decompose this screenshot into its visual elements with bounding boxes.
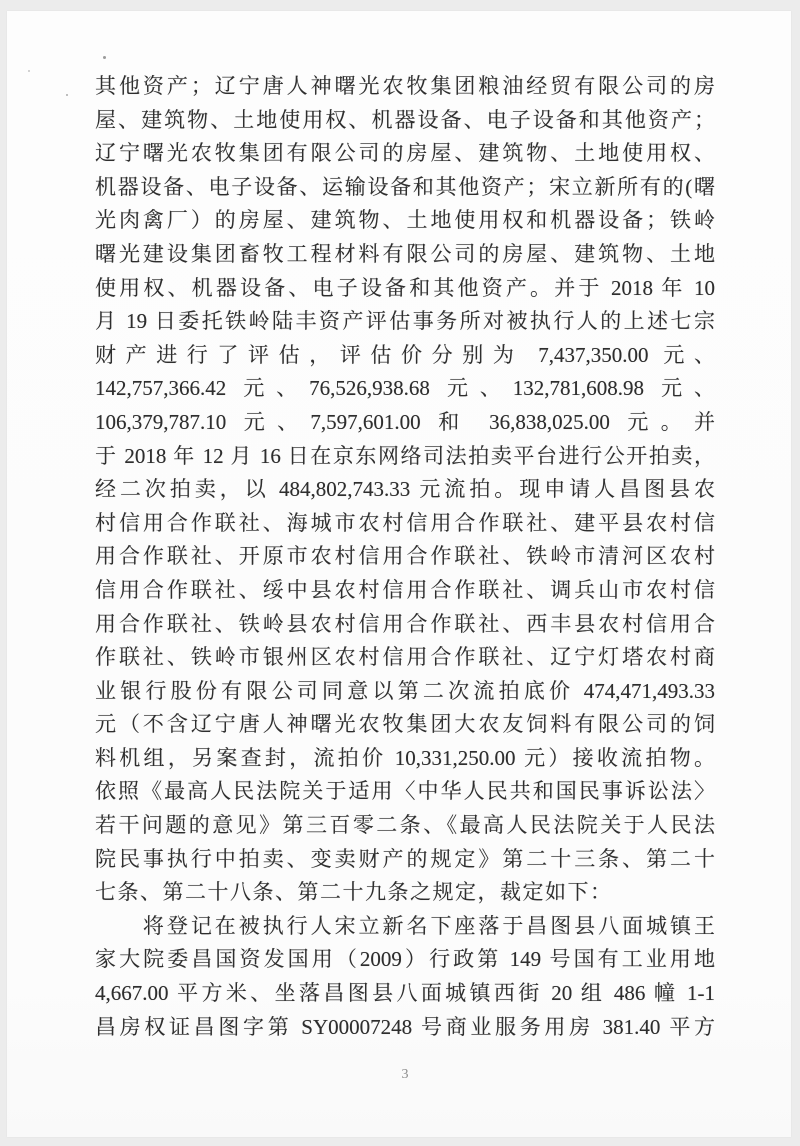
document-line: 曙光建设集团畜牧工程材料有限公司的房屋、建筑物、土地 <box>95 238 715 272</box>
document-line: 使用权、机器设备、电子设备和其他资产。并于 2018 年 10 <box>95 272 715 306</box>
document-line: 若干问题的意见》第三百零二条、《最高人民法院关于人民法 <box>95 809 715 843</box>
document-line: 作联社、铁岭市银州区农村信用合作联社、辽宁灯塔农村商 <box>95 641 715 675</box>
document-line: 142,757,366.42 元、76,526,938.68 元、132,781… <box>95 372 715 406</box>
document-line: 将登记在被执行人宋立新名下座落于昌图县八面城镇王 <box>95 910 715 944</box>
document-line: 4,667.00 平方米、坐落昌图县八面城镇西街 20 组 486 幢 1-1 <box>95 977 715 1011</box>
document-line: 屋、建筑物、土地使用权、机器设备、电子设备和其他资产； <box>95 104 715 138</box>
document-text-block: 其他资产；辽宁唐人神曙光农牧集团粮油经贸有限公司的房 屋、建筑物、土地使用权、机… <box>95 70 715 1044</box>
document-line: 光肉禽厂）的房屋、建筑物、土地使用权和机器设备；铁岭 <box>95 204 715 238</box>
scan-speckle <box>66 94 68 96</box>
page-number: 3 <box>95 1067 715 1083</box>
document-line: 七条、第二十八条、第二十九条之规定，裁定如下： <box>95 876 715 910</box>
document-line: 元（不含辽宁唐人神曙光农牧集团大农友饲料有限公司的饲 <box>95 708 715 742</box>
document-line: 业银行股份有限公司同意以第二次流拍底价 474,471,493.33 <box>95 675 715 709</box>
document-line: 辽宁曙光农牧集团有限公司的房屋、建筑物、土地使用权、 <box>95 137 715 171</box>
document-line: 机器设备、电子设备、运输设备和其他资产；宋立新所有的(曙 <box>95 171 715 205</box>
document-line: 经二次拍卖，以 484,802,743.33 元流拍。现申请人昌图县农 <box>95 473 715 507</box>
document-line: 家大院委昌国资发国用（2009）行政第 149 号国有工业用地 <box>95 943 715 977</box>
document-line: 信用合作联社、绥中县农村信用合作联社、调兵山市农村信 <box>95 574 715 608</box>
document-line: 院民事执行中拍卖、变卖财产的规定》第二十三条、第二十 <box>95 843 715 877</box>
document-line: 料机组，另案查封，流拍价 10,331,250.00 元）接收流拍物。 <box>95 742 715 776</box>
document-line: 村信用合作联社、海城市农村信用合作联社、建平县农村信 <box>95 507 715 541</box>
document-page: 其他资产；辽宁唐人神曙光农牧集团粮油经贸有限公司的房 屋、建筑物、土地使用权、机… <box>7 11 791 1137</box>
scan-speckle <box>28 70 30 72</box>
document-line: 106,379,787.10 元、7,597,601.00 和 36,838,0… <box>95 406 715 440</box>
document-line: 昌房权证昌图字第 SY00007248 号商业服务用房 381.40 平方 <box>95 1011 715 1045</box>
document-line: 用合作联社、铁岭县农村信用合作联社、西丰县农村信用合 <box>95 608 715 642</box>
document-line: 于 2018 年 12 月 16 日在京东网络司法拍卖平台进行公开拍卖， <box>95 440 715 474</box>
document-line: 财产进行了评估，评估价分别为 7,437,350.00 元、 <box>95 339 715 373</box>
scan-speckle <box>103 56 106 59</box>
document-line: 月 19 日委托铁岭陆丰资产评估事务所对被执行人的上述七宗 <box>95 305 715 339</box>
document-line: 依照《最高人民法院关于适用〈中华人民共和国民事诉讼法〉 <box>95 775 715 809</box>
document-line: 其他资产；辽宁唐人神曙光农牧集团粮油经贸有限公司的房 <box>95 70 715 104</box>
document-line: 用合作联社、开原市农村信用合作联社、铁岭市清河区农村 <box>95 540 715 574</box>
